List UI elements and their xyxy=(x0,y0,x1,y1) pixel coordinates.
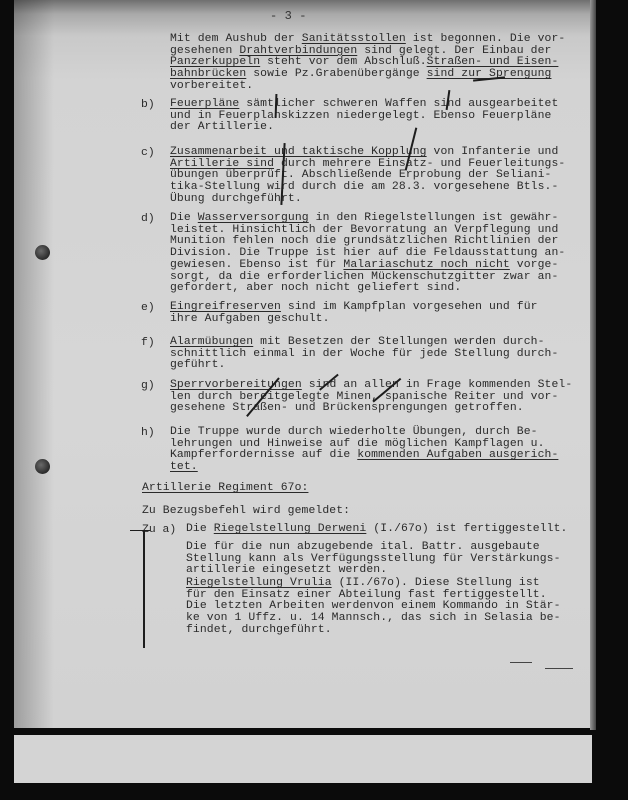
underlined-text: Riegelstellung Derweni xyxy=(214,523,367,535)
underlined-text: Wasserversorgung xyxy=(198,212,309,224)
item-label-h: h) xyxy=(141,427,155,439)
scan-artifact xyxy=(545,668,573,669)
underlined-text: Sanitätsstollen xyxy=(302,33,406,45)
underlined-text: bahnbrücken xyxy=(170,68,246,80)
page-bottom-fold xyxy=(14,735,592,783)
underlined-text: Sperrvorbereitungen xyxy=(170,379,302,391)
pen-margin-dash xyxy=(130,530,150,531)
text-run: vorbereitet. xyxy=(170,80,253,92)
item-label-d: d) xyxy=(141,213,155,225)
text-run: steht vor dem Abschluß. xyxy=(260,56,426,68)
section-heading: Artillerie Regiment 67o: xyxy=(142,483,308,495)
underlined-text: Malariaschutz noch nicht xyxy=(343,259,509,271)
underlined-text: Panzerkuppeln xyxy=(170,56,260,68)
report-intro: Zu Bezugsbefehl wird gemeldet: xyxy=(142,506,350,518)
underlined-text: Straßen- und Eisen- xyxy=(427,56,559,68)
page-number: - 3 - xyxy=(270,11,307,23)
underlined-text: Alarmübungen xyxy=(170,336,253,348)
text-run: (I./67o) ist fertiggestellt. xyxy=(366,523,567,535)
item-label-c: c) xyxy=(141,147,155,159)
underlined-text: Feuerpläne xyxy=(170,98,239,110)
underlined-text: Zusammenarbeit und taktische Kopplung xyxy=(170,146,427,158)
item-label-f: f) xyxy=(141,337,155,349)
text-run: sind gelegt. Der Einbau der xyxy=(357,45,551,57)
zu-a-paragraph-2: Riegelstellung Vrulia (II./67o). Diese S… xyxy=(186,578,561,637)
text-run: sowie Pz.Grabenübergänge xyxy=(246,68,426,80)
underlined-text: Drahtverbindungen xyxy=(239,45,357,57)
page-right-edge xyxy=(590,0,596,730)
item-label-b: b) xyxy=(141,99,155,111)
item-e-text: Eingreifreserven sind im Kampfplan vorge… xyxy=(170,302,538,325)
punch-hole-icon xyxy=(35,245,50,260)
item-d-text: Die Wasserversorgung in den Riegelstellu… xyxy=(170,213,565,295)
text-run: von Infanterie und xyxy=(427,146,559,158)
underlined-text: tet. xyxy=(170,461,198,473)
zu-a-paragraph-1: Die für die nun abzugebende ital. Battr.… xyxy=(186,542,561,577)
item-c-text: Zusammenarbeit und taktische Kopplung vo… xyxy=(170,147,565,206)
item-g-text: Sperrvorbereitungen sind an allen in Fra… xyxy=(170,380,572,415)
zu-a-first-line: Die Riegelstellung Derweni (I./67o) ist … xyxy=(186,524,567,536)
underlined-text: Eingreifreserven xyxy=(170,301,281,313)
item-h-text: Die Truppe wurde durch wiederholte Übung… xyxy=(170,427,558,474)
underlined-text: Riegelstellung Vrulia xyxy=(186,577,332,589)
intro-paragraph: Mit dem Aushub der Sanitätsstollen ist b… xyxy=(170,34,565,93)
item-b-text: Feuerpläne sämtlicher schweren Waffen si… xyxy=(170,99,558,134)
underlined-text: Artillerie sind xyxy=(170,158,274,170)
text-run: Mit dem Aushub der xyxy=(170,33,302,45)
pen-margin-line xyxy=(143,530,145,648)
text-run: Die xyxy=(186,523,214,535)
scan-artifact xyxy=(510,662,532,663)
item-f-text: Alarmübungen mit Besetzen der Stellungen… xyxy=(170,337,558,372)
punch-hole-icon xyxy=(35,459,50,474)
page-shadow xyxy=(14,0,54,728)
item-label-e: e) xyxy=(141,302,155,314)
underlined-text: kommenden Aufgaben ausgerich- xyxy=(357,449,558,461)
item-label-g: g) xyxy=(141,380,155,392)
text-run: Die xyxy=(170,212,198,224)
